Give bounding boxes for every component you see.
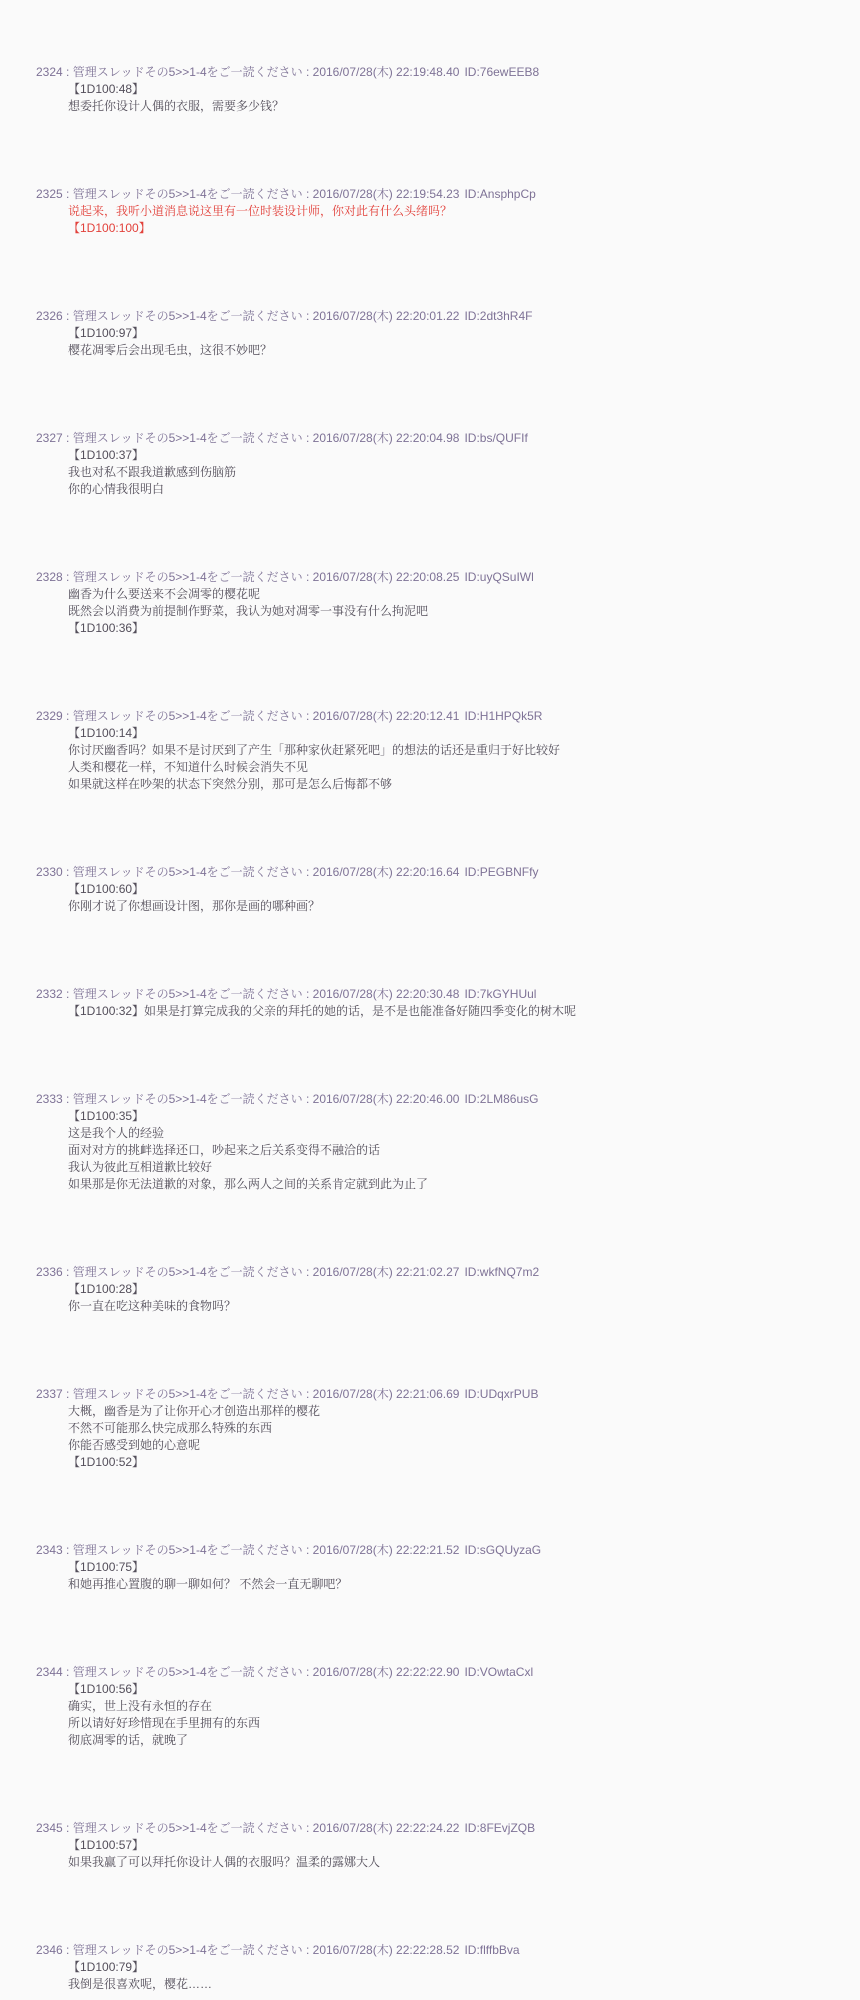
post-line: 【1D100:56】 [68, 1681, 850, 1698]
post-line: 【1D100:57】 [68, 1837, 850, 1854]
post-id: ID:wkfNQ7m2 [464, 1265, 539, 1279]
post-body: 【1D100:35】这是我个人的经验面对对方的挑衅选择还口，吵起来之后关系变得不… [68, 1108, 850, 1193]
post: 2337 : 管理スレッドその5>>1-4をご一読ください : 2016/07/… [36, 1386, 850, 1471]
post: 2329 : 管理スレッドその5>>1-4をご一読ください : 2016/07/… [36, 708, 850, 793]
post-number: 2330 [36, 865, 63, 879]
header-separator: : [303, 1943, 313, 1957]
post-line: 【1D100:37】 [68, 447, 850, 464]
post-number: 2328 [36, 570, 63, 584]
post-line: 这是我个人的经验 [68, 1125, 850, 1142]
post-line: 彻底凋零的话，就晚了 [68, 1732, 850, 1749]
post-number: 2327 [36, 431, 63, 445]
header-separator: : [303, 309, 313, 323]
post-id: ID:PEGBNFfy [464, 865, 538, 879]
post-author-name: 管理スレッドその5>>1-4をご一読ください [73, 1943, 303, 1957]
post-header: 2332 : 管理スレッドその5>>1-4をご一読ください : 2016/07/… [36, 986, 850, 1003]
post-line: 【1D100:79】 [68, 1959, 850, 1976]
header-separator: : [63, 1943, 73, 1957]
post-datetime: 2016/07/28(木) 22:20:04.98 [313, 431, 460, 445]
post-id: ID:UDqxrPUB [464, 1387, 538, 1401]
post-body: 【1D100:14】你讨厌幽香吗？如果不是讨厌到了产生「那种家伙赶紧死吧」的想法… [68, 725, 850, 793]
post-header: 2345 : 管理スレッドその5>>1-4をご一読ください : 2016/07/… [36, 1820, 850, 1837]
post-number: 2337 [36, 1387, 63, 1401]
post-header: 2329 : 管理スレッドその5>>1-4をご一読ください : 2016/07/… [36, 708, 850, 725]
post-id: ID:76ewEEB8 [464, 65, 539, 79]
post-author-name: 管理スレッドその5>>1-4をご一読ください [73, 309, 303, 323]
post-line: 不然不可能那么快完成那么特殊的东西 [68, 1420, 850, 1437]
post: 2333 : 管理スレッドその5>>1-4をご一読ください : 2016/07/… [36, 1091, 850, 1193]
header-separator: : [303, 431, 313, 445]
post-line: 【1D100:28】 [68, 1281, 850, 1298]
post-line: 【1D100:14】 [68, 725, 850, 742]
post-line: 如果就这样在吵架的状态下突然分别，那可是怎么后悔都不够 [68, 776, 850, 793]
post-body: 大概，幽香是为了让你开心才创造出那样的樱花不然不可能那么快完成那么特殊的东西你能… [68, 1403, 850, 1471]
post-line: 人类和樱花一样，不知道什么时候会消失不见 [68, 759, 850, 776]
post-header: 2324 : 管理スレッドその5>>1-4をご一読ください : 2016/07/… [36, 64, 850, 81]
post-id: ID:H1HPQk5R [464, 709, 542, 723]
post: 2325 : 管理スレッドその5>>1-4をご一読ください : 2016/07/… [36, 186, 850, 237]
post-author-name: 管理スレッドその5>>1-4をご一読ください [73, 709, 303, 723]
post-header: 2326 : 管理スレッドその5>>1-4をご一読ください : 2016/07/… [36, 308, 850, 325]
post-line: 【1D100:52】 [68, 1454, 850, 1471]
post-number: 2343 [36, 1543, 63, 1557]
header-separator: : [63, 987, 73, 1001]
post-line: 大概，幽香是为了让你开心才创造出那样的樱花 [68, 1403, 850, 1420]
post-line: 【1D100:100】 [68, 220, 850, 237]
post-line: 【1D100:60】 [68, 881, 850, 898]
header-separator: : [303, 865, 313, 879]
post: 2336 : 管理スレッドその5>>1-4をご一読ください : 2016/07/… [36, 1264, 850, 1315]
post-line: 【1D100:35】 [68, 1108, 850, 1125]
post-id: ID:flffbBva [464, 1943, 519, 1957]
post-id: ID:AnsphpCp [464, 187, 535, 201]
post-body: 【1D100:75】和她再推心置腹的聊一聊如何？ 不然会一直无聊吧？ [68, 1559, 850, 1593]
post-header: 2336 : 管理スレッドその5>>1-4をご一読ください : 2016/07/… [36, 1264, 850, 1281]
post-line: 面对对方的挑衅选择还口，吵起来之后关系变得不融洽的话 [68, 1142, 850, 1159]
post-body: 【1D100:28】你一直在吃这种美味的食物吗？ [68, 1281, 850, 1315]
post-header: 2327 : 管理スレッドその5>>1-4をご一読ください : 2016/07/… [36, 430, 850, 447]
post-line: 确实，世上没有永恒的存在 [68, 1698, 850, 1715]
post-number: 2332 [36, 987, 63, 1001]
post-line: 你的心情我很明白 [68, 481, 850, 498]
header-separator: : [303, 65, 313, 79]
post-author-name: 管理スレッドその5>>1-4をご一読ください [73, 987, 303, 1001]
post-line: 如果那是你无法道歉的对象，那么两人之间的关系肯定就到此为止了 [68, 1176, 850, 1193]
post-datetime: 2016/07/28(木) 22:20:08.25 [313, 570, 460, 584]
post-author-name: 管理スレッドその5>>1-4をご一読ください [73, 1387, 303, 1401]
post: 2328 : 管理スレッドその5>>1-4をご一読ください : 2016/07/… [36, 569, 850, 637]
thread-post-list: 2324 : 管理スレッドその5>>1-4をご一読ください : 2016/07/… [0, 0, 860, 1993]
post-number: 2326 [36, 309, 63, 323]
post-header: 2344 : 管理スレッドその5>>1-4をご一読ください : 2016/07/… [36, 1664, 850, 1681]
post-datetime: 2016/07/28(木) 22:22:21.52 [313, 1543, 460, 1557]
post-author-name: 管理スレッドその5>>1-4をご一読ください [73, 65, 303, 79]
post-datetime: 2016/07/28(木) 22:20:01.22 [313, 309, 460, 323]
header-separator: : [63, 65, 73, 79]
post-datetime: 2016/07/28(木) 22:20:12.41 [313, 709, 460, 723]
post-line: 和她再推心置腹的聊一聊如何？ 不然会一直无聊吧？ [68, 1576, 850, 1593]
header-separator: : [303, 987, 313, 1001]
header-separator: : [303, 1265, 313, 1279]
post-datetime: 2016/07/28(木) 22:21:02.27 [313, 1265, 460, 1279]
post-id: ID:sGQUyzaG [464, 1543, 541, 1557]
post: 2324 : 管理スレッドその5>>1-4をご一読ください : 2016/07/… [36, 64, 850, 115]
post: 2344 : 管理スレッドその5>>1-4をご一読ください : 2016/07/… [36, 1664, 850, 1749]
post-line: 【1D100:97】 [68, 325, 850, 342]
header-separator: : [63, 431, 73, 445]
header-separator: : [63, 1821, 73, 1835]
post-header: 2346 : 管理スレッドその5>>1-4をご一読ください : 2016/07/… [36, 1942, 850, 1959]
post-header: 2328 : 管理スレッドその5>>1-4をご一読ください : 2016/07/… [36, 569, 850, 586]
post: 2330 : 管理スレッドその5>>1-4をご一読ください : 2016/07/… [36, 864, 850, 915]
header-separator: : [63, 309, 73, 323]
post-number: 2324 [36, 65, 63, 79]
post-author-name: 管理スレッドその5>>1-4をご一読ください [73, 187, 303, 201]
post-author-name: 管理スレッドその5>>1-4をご一読ください [73, 1821, 303, 1835]
post-line: 我倒是很喜欢呢，樱花…… [68, 1976, 850, 1993]
header-separator: : [303, 1543, 313, 1557]
post-number: 2346 [36, 1943, 63, 1957]
header-separator: : [63, 570, 73, 584]
post-line: 想委托你设计人偶的衣服，需要多少钱？ [68, 98, 850, 115]
post-datetime: 2016/07/28(木) 22:19:54.23 [313, 187, 460, 201]
header-separator: : [303, 570, 313, 584]
post-number: 2345 [36, 1821, 63, 1835]
post-datetime: 2016/07/28(木) 22:22:22.90 [313, 1665, 460, 1679]
post: 2346 : 管理スレッドその5>>1-4をご一読ください : 2016/07/… [36, 1942, 850, 1993]
header-separator: : [303, 1821, 313, 1835]
post-datetime: 2016/07/28(木) 22:22:24.22 [313, 1821, 460, 1835]
post: 2326 : 管理スレッドその5>>1-4をご一読ください : 2016/07/… [36, 308, 850, 359]
header-separator: : [303, 1665, 313, 1679]
post-body: 【1D100:97】樱花凋零后会出现毛虫，这很不妙吧？ [68, 325, 850, 359]
post-id: ID:uyQSuIWl [464, 570, 533, 584]
post: 2343 : 管理スレッドその5>>1-4をご一読ください : 2016/07/… [36, 1542, 850, 1593]
post-id: ID:7kGYHUul [464, 987, 536, 1001]
post-body: 幽香为什么要送来不会凋零的樱花呢既然会以消费为前提制作野菜，我认为她对凋零一事没… [68, 586, 850, 637]
post-line: 你一直在吃这种美味的食物吗？ [68, 1298, 850, 1315]
post-id: ID:VOwtaCxl [464, 1665, 533, 1679]
post-author-name: 管理スレッドその5>>1-4をご一読ください [73, 570, 303, 584]
header-separator: : [63, 1665, 73, 1679]
post-line: 幽香为什么要送来不会凋零的樱花呢 [68, 586, 850, 603]
post-line: 【1D100:32】如果是打算完成我的父亲的拜托的她的话，是不是也能准备好随四季… [68, 1003, 850, 1020]
post-datetime: 2016/07/28(木) 22:20:16.64 [313, 865, 460, 879]
post-number: 2344 [36, 1665, 63, 1679]
header-separator: : [63, 1543, 73, 1557]
post: 2327 : 管理スレッドその5>>1-4をご一読ください : 2016/07/… [36, 430, 850, 498]
post-line: 我也对私不跟我道歉感到伤脑筋 [68, 464, 850, 481]
post-line: 【1D100:36】 [68, 620, 850, 637]
header-separator: : [63, 187, 73, 201]
post-line: 如果我赢了可以拜托你设计人偶的衣服吗？温柔的露娜大人 [68, 1854, 850, 1871]
post-header: 2330 : 管理スレッドその5>>1-4をご一読ください : 2016/07/… [36, 864, 850, 881]
post-datetime: 2016/07/28(木) 22:21:06.69 [313, 1387, 460, 1401]
post-datetime: 2016/07/28(木) 22:20:30.48 [313, 987, 460, 1001]
post-body: 说起来，我听小道消息说这里有一位时装设计师，你对此有什么头绪吗？【1D100:1… [68, 203, 850, 237]
header-separator: : [63, 865, 73, 879]
post-id: ID:8FEvjZQB [464, 1821, 535, 1835]
post-author-name: 管理スレッドその5>>1-4をご一読ください [73, 1665, 303, 1679]
post-body: 【1D100:79】我倒是很喜欢呢，樱花…… [68, 1959, 850, 1993]
header-separator: : [63, 1265, 73, 1279]
post-line: 【1D100:75】 [68, 1559, 850, 1576]
post-id: ID:2LM86usG [464, 1092, 538, 1106]
post-line: 樱花凋零后会出现毛虫，这很不妙吧？ [68, 342, 850, 359]
post-body: 【1D100:56】确实，世上没有永恒的存在所以请好好珍惜现在手里拥有的东西彻底… [68, 1681, 850, 1749]
post-id: ID:2dt3hR4F [464, 309, 532, 323]
post-datetime: 2016/07/28(木) 22:20:46.00 [313, 1092, 460, 1106]
post-header: 2343 : 管理スレッドその5>>1-4をご一読ください : 2016/07/… [36, 1542, 850, 1559]
post-header: 2337 : 管理スレッドその5>>1-4をご一読ください : 2016/07/… [36, 1386, 850, 1403]
post-body: 【1D100:48】想委托你设计人偶的衣服，需要多少钱？ [68, 81, 850, 115]
post-author-name: 管理スレッドその5>>1-4をご一読ください [73, 865, 303, 879]
header-separator: : [303, 1387, 313, 1401]
post-id: ID:bs/QUFIf [464, 431, 527, 445]
post-body: 【1D100:37】我也对私不跟我道歉感到伤脑筋你的心情我很明白 [68, 447, 850, 498]
post: 2345 : 管理スレッドその5>>1-4をご一読ください : 2016/07/… [36, 1820, 850, 1871]
post-author-name: 管理スレッドその5>>1-4をご一読ください [73, 431, 303, 445]
post-line: 你能否感受到她的心意呢 [68, 1437, 850, 1454]
post-datetime: 2016/07/28(木) 22:22:28.52 [313, 1943, 460, 1957]
post-author-name: 管理スレッドその5>>1-4をご一読ください [73, 1265, 303, 1279]
post-line: 所以请好好珍惜现在手里拥有的东西 [68, 1715, 850, 1732]
header-separator: : [303, 1092, 313, 1106]
header-separator: : [63, 1092, 73, 1106]
post: 2332 : 管理スレッドその5>>1-4をご一読ください : 2016/07/… [36, 986, 850, 1020]
post-number: 2333 [36, 1092, 63, 1106]
post-line: 【1D100:48】 [68, 81, 850, 98]
post-number: 2329 [36, 709, 63, 723]
post-line: 既然会以消费为前提制作野菜，我认为她对凋零一事没有什么拘泥吧 [68, 603, 850, 620]
header-separator: : [63, 709, 73, 723]
post-number: 2325 [36, 187, 63, 201]
post-datetime: 2016/07/28(木) 22:19:48.40 [313, 65, 460, 79]
post-body: 【1D100:60】你刚才说了你想画设计图，那你是画的哪种画？ [68, 881, 850, 915]
post-header: 2333 : 管理スレッドその5>>1-4をご一読ください : 2016/07/… [36, 1091, 850, 1108]
post-line: 我认为彼此互相道歉比较好 [68, 1159, 850, 1176]
post-header: 2325 : 管理スレッドその5>>1-4をご一読ください : 2016/07/… [36, 186, 850, 203]
post-number: 2336 [36, 1265, 63, 1279]
header-separator: : [303, 187, 313, 201]
post-author-name: 管理スレッドその5>>1-4をご一読ください [73, 1092, 303, 1106]
header-separator: : [303, 709, 313, 723]
post-body: 【1D100:32】如果是打算完成我的父亲的拜托的她的话，是不是也能准备好随四季… [68, 1003, 850, 1020]
post-line: 说起来，我听小道消息说这里有一位时装设计师，你对此有什么头绪吗？ [68, 203, 850, 220]
post-line: 你刚才说了你想画设计图，那你是画的哪种画？ [68, 898, 850, 915]
post-body: 【1D100:57】如果我赢了可以拜托你设计人偶的衣服吗？温柔的露娜大人 [68, 1837, 850, 1871]
post-line: 你讨厌幽香吗？如果不是讨厌到了产生「那种家伙赶紧死吧」的想法的话还是重归于好比较… [68, 742, 850, 759]
header-separator: : [63, 1387, 73, 1401]
post-author-name: 管理スレッドその5>>1-4をご一読ください [73, 1543, 303, 1557]
